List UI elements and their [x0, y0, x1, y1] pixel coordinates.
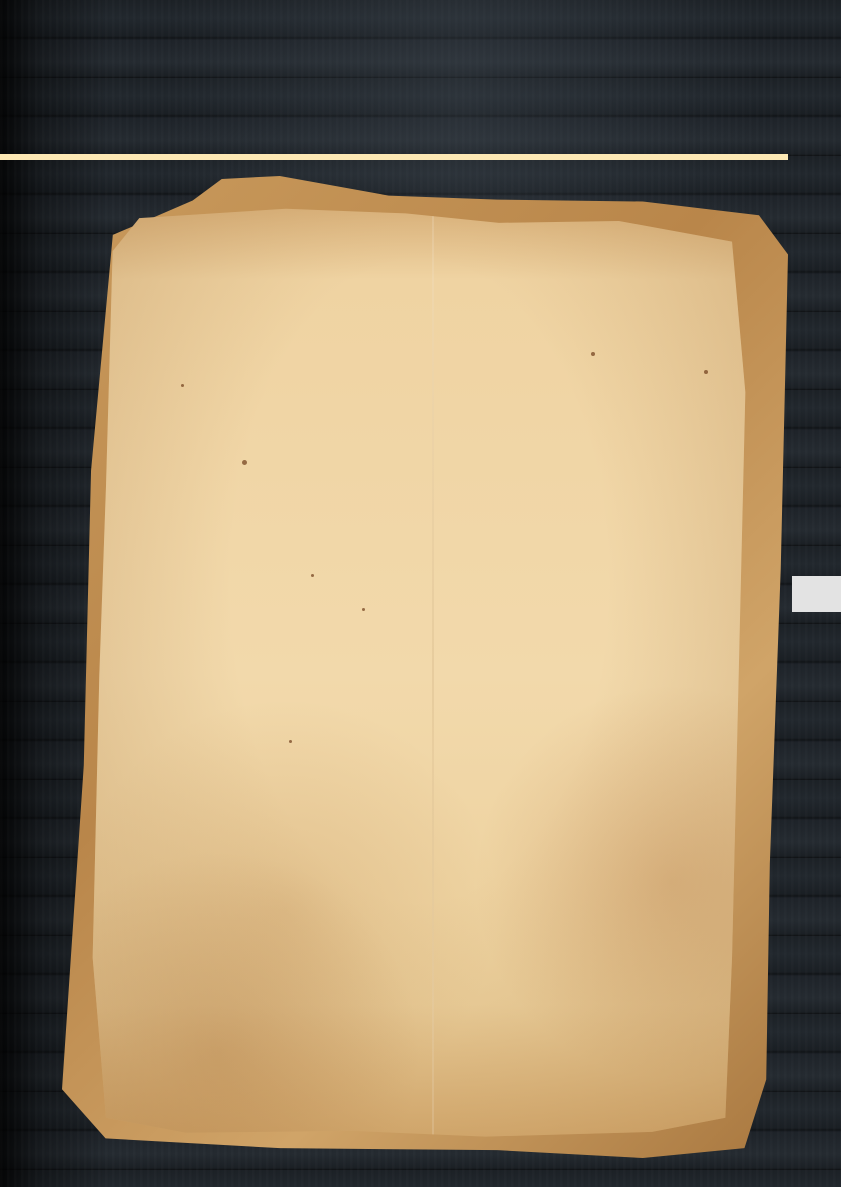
parchment-paper-stack [0, 0, 841, 1187]
ink-fleck [591, 352, 595, 356]
ink-fleck [704, 370, 708, 374]
ink-fleck [362, 608, 365, 611]
ink-fleck [181, 384, 184, 387]
ink-fleck [289, 740, 292, 743]
parchment-front-sheet [86, 204, 752, 1146]
ink-fleck [242, 460, 247, 465]
side-tab[interactable] [792, 576, 841, 612]
ink-fleck [311, 574, 314, 577]
